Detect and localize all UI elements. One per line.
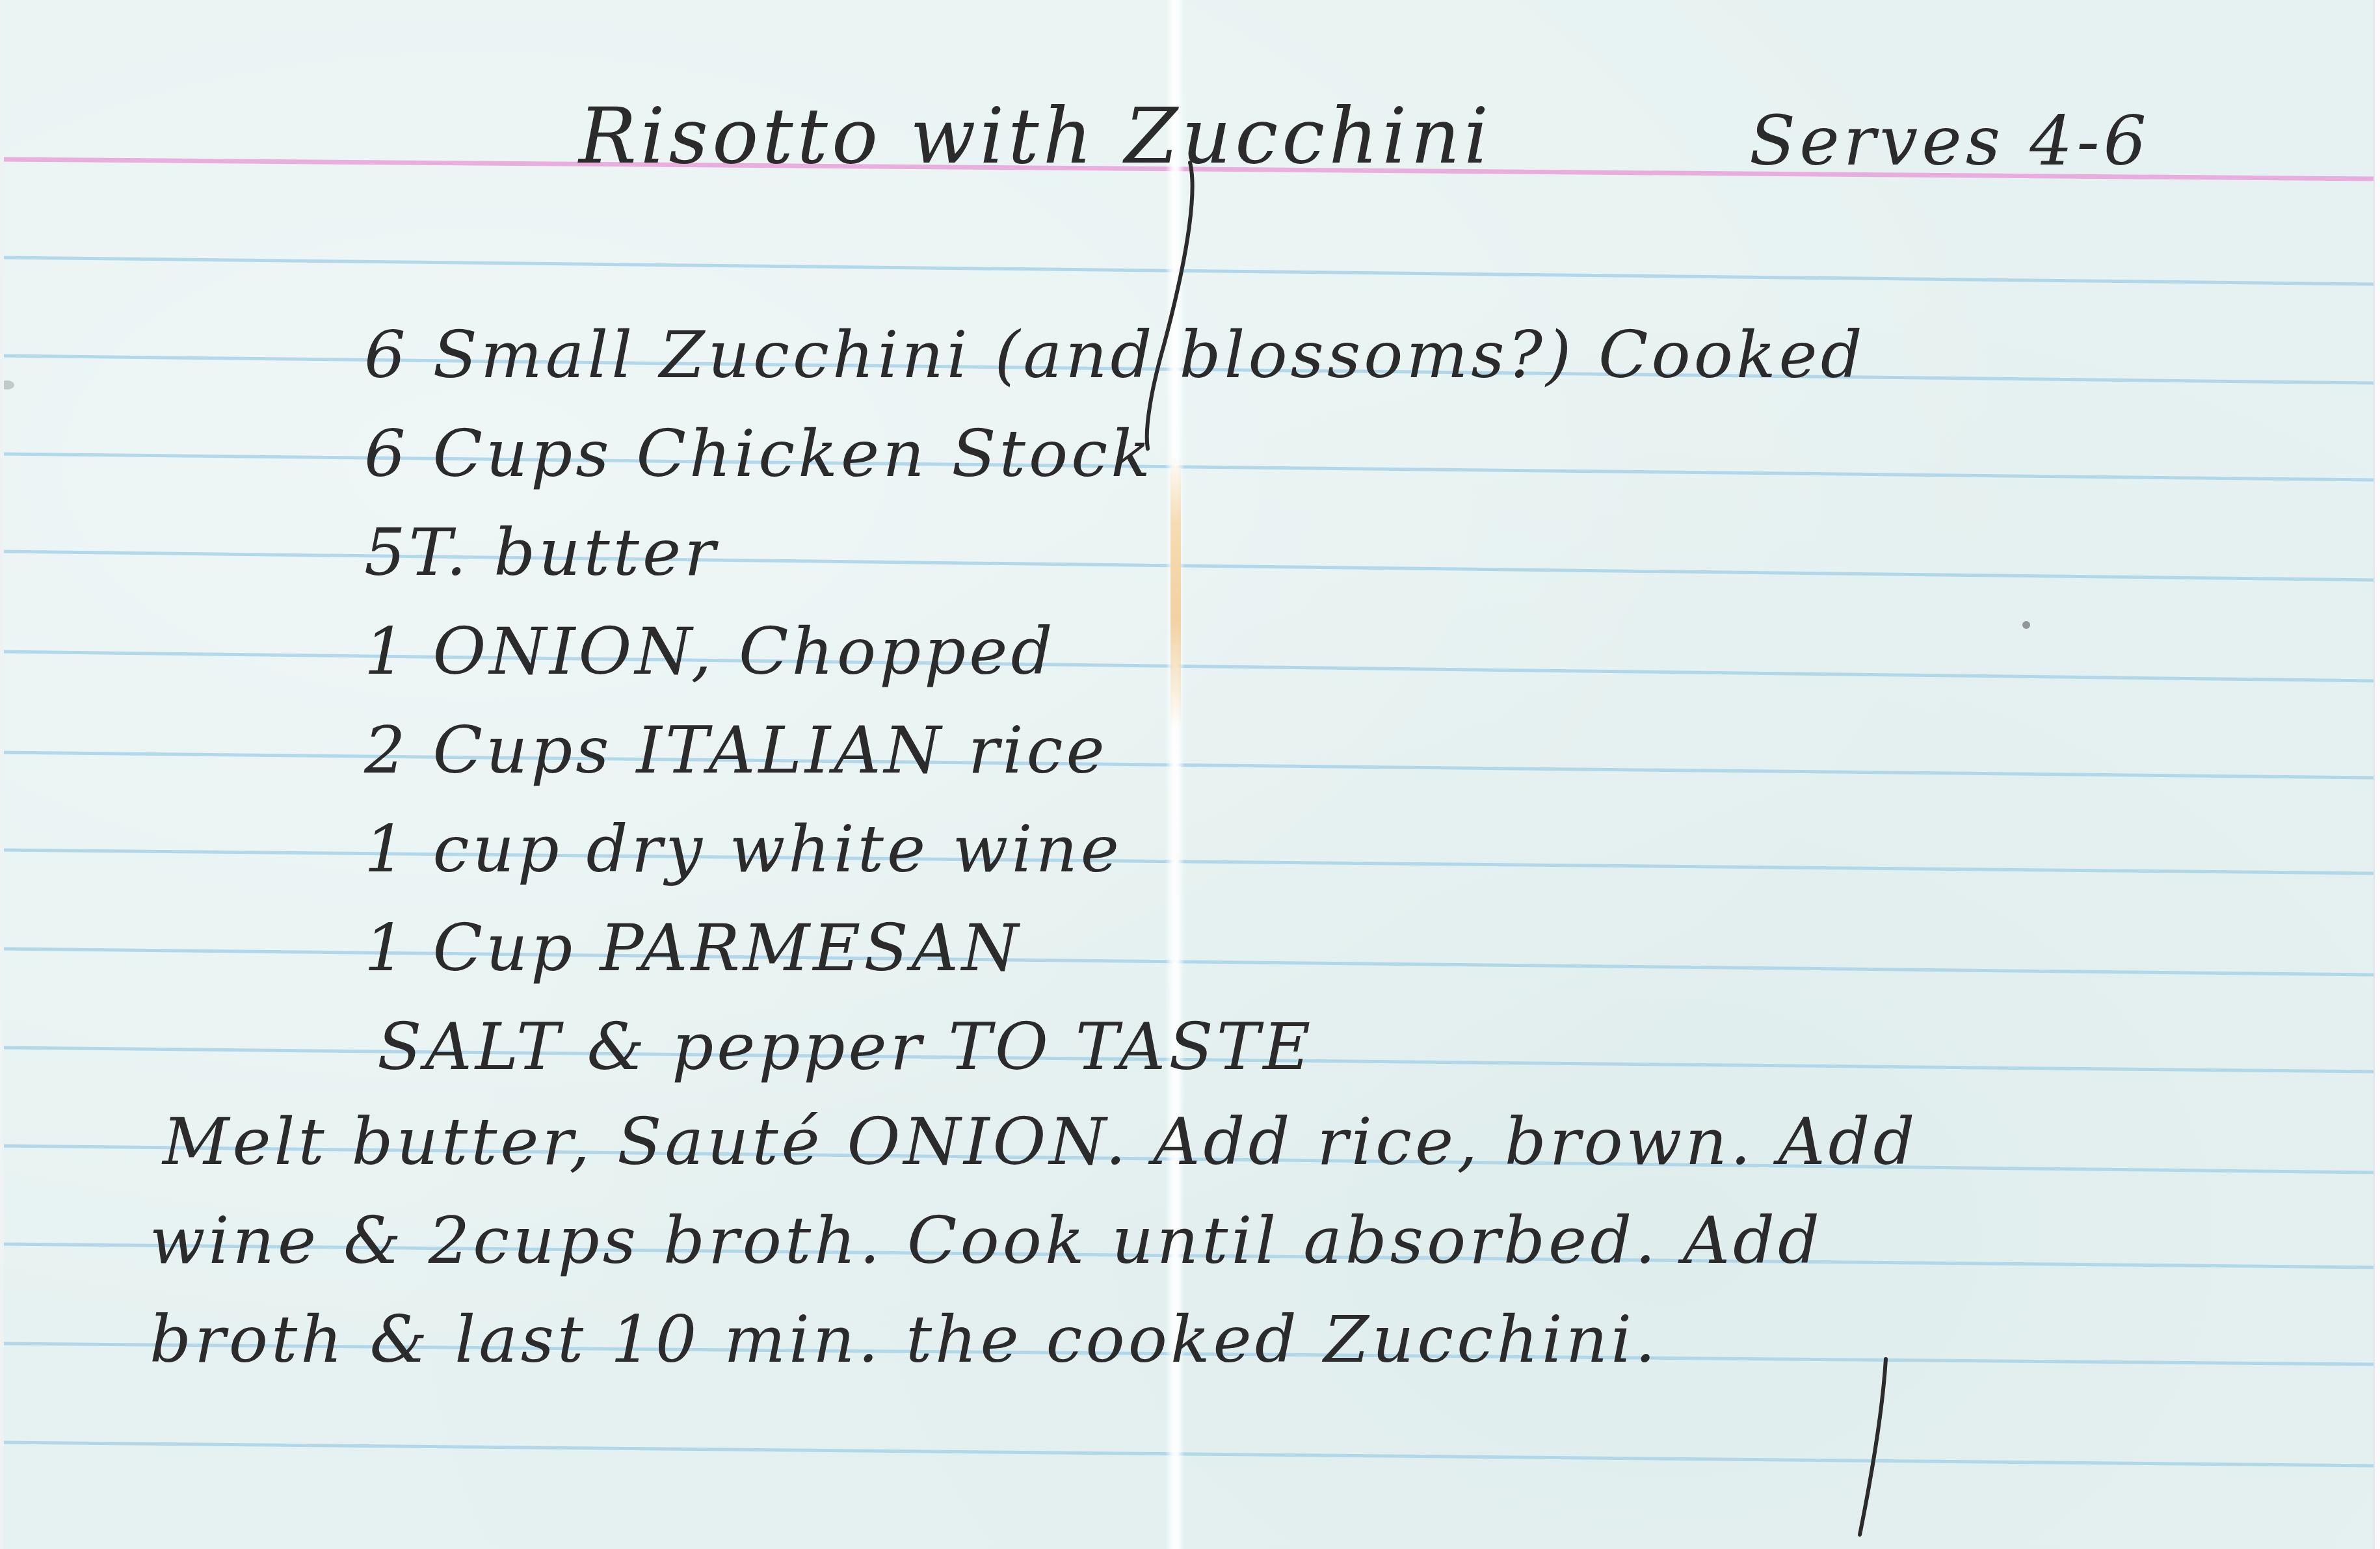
ingredient-item: 1 Cup PARMESAN [364,899,1866,998]
instruction-line: wine & 2cups broth. Cook until absorbed.… [150,1191,2308,1290]
instruction-line: broth & last 10 min. the cooked Zucchini… [150,1290,2308,1389]
ink-smudge [2022,621,2030,629]
ruled-line [0,1442,2375,1466]
recipe-title: Risotto with Zucchini [579,98,1492,174]
serves-count: Serves 4-6 [1749,107,2150,175]
card-left-edge [0,0,4,1549]
ingredient-item: 6 Small Zucchini (and blossoms?) Cooked [364,306,1866,404]
ingredient-item: 6 Cups Chicken Stock [364,404,1866,503]
ingredient-item: 2 Cups ITALIAN rice [364,701,1866,800]
recipe-card: Risotto with Zucchini Serves 4-6 6 Small… [0,0,2375,1549]
ingredients-list: 6 Small Zucchini (and blossoms?) Cooked … [364,306,1866,1096]
ingredient-item: 5T. butter [364,503,1866,602]
ingredient-item: 1 ONION, Chopped [364,602,1866,701]
card-right-edge [2373,0,2380,1549]
instruction-line: Melt butter, Sauté ONION. Add rice, brow… [163,1092,2308,1191]
zucchini-z-tail [1847,1353,1977,1541]
instructions-block: Melt butter, Sauté ONION. Add rice, brow… [163,1092,2308,1389]
ingredient-item: 1 cup dry white wine [364,800,1866,899]
ingredient-item: SALT & pepper TO TASTE [377,998,1879,1096]
